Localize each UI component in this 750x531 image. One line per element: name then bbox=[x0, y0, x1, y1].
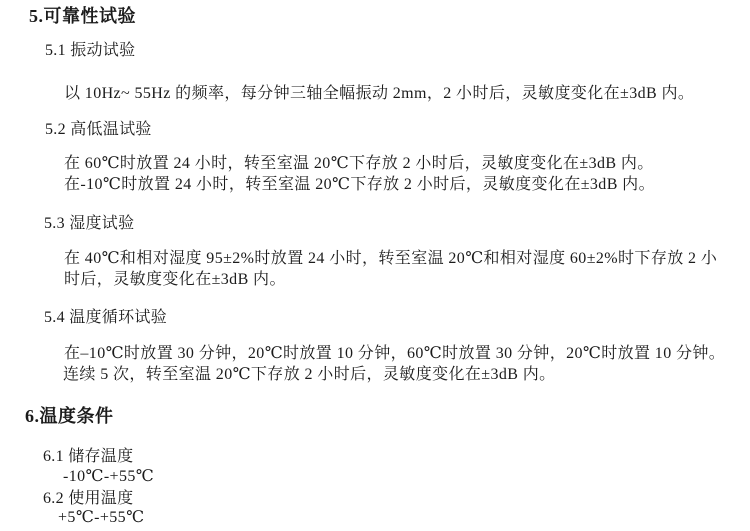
subsection-5-2-text-line-1: 在 60℃时放置 24 小时，转至室温 20℃下存放 2 小时后，灵敏度变化在±… bbox=[64, 156, 654, 172]
subsection-6-1-value: -10℃-+55℃ bbox=[63, 469, 154, 485]
section-5-heading: 5.可靠性试验 bbox=[29, 7, 136, 25]
subsection-5-4-text-line-1: 在–10℃时放置 30 分钟，20℃时放置 10 分钟，60℃时放置 30 分钟… bbox=[64, 346, 725, 362]
document-page: 5.可靠性试验 5.1 振动试验 以 10Hz~ 55Hz 的频率，每分钟三轴全… bbox=[0, 0, 750, 531]
subsection-6-2-title: 6.2 使用温度 bbox=[43, 491, 133, 507]
subsection-6-2-value: +5℃-+55℃ bbox=[58, 510, 144, 526]
subsection-5-3-text-line-1: 在 40℃和相对湿度 95±2%时放置 24 小时，转至室温 20℃和相对湿度 … bbox=[64, 251, 717, 267]
subsection-5-3-title: 5.3 湿度试验 bbox=[44, 216, 134, 232]
subsection-5-2-text-line-2: 在-10℃时放置 24 小时，转至室温 20℃下存放 2 小时后，灵敏度变化在±… bbox=[64, 177, 655, 193]
subsection-5-4-text-line-2: 连续 5 次，转至室温 20℃下存放 2 小时后，灵敏度变化在±3dB 内。 bbox=[63, 367, 556, 383]
subsection-5-3-text-line-2: 时后，灵敏度变化在±3dB 内。 bbox=[64, 272, 286, 288]
subsection-5-1-title: 5.1 振动试验 bbox=[45, 43, 135, 59]
section-6-heading: 6.温度条件 bbox=[25, 407, 114, 425]
subsection-5-2-title: 5.2 高低温试验 bbox=[45, 122, 152, 138]
subsection-5-1-text-line-1: 以 10Hz~ 55Hz 的频率，每分钟三轴全幅振动 2mm，2 小时后，灵敏度… bbox=[64, 86, 694, 102]
subsection-5-4-title: 5.4 温度循环试验 bbox=[44, 310, 167, 326]
subsection-6-1-title: 6.1 储存温度 bbox=[43, 449, 133, 465]
